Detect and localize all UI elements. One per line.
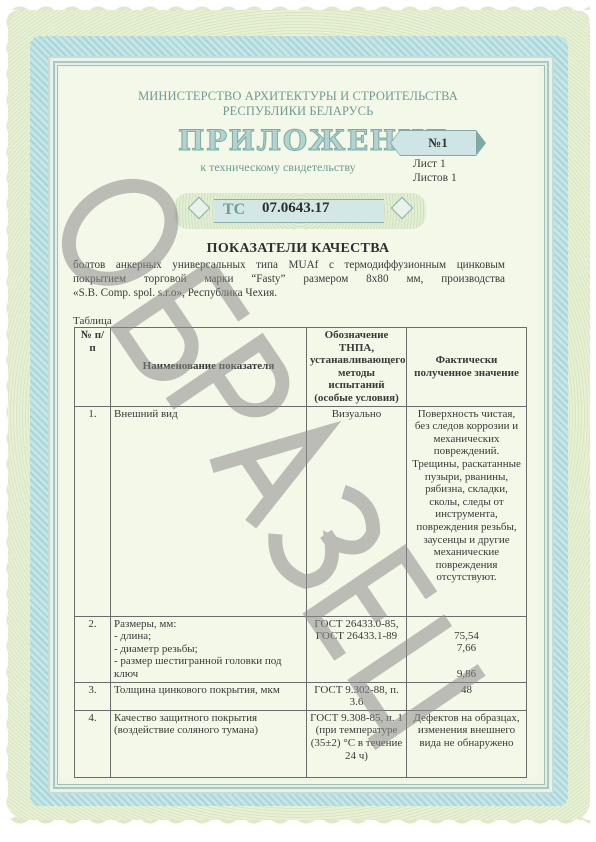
table-row: 1. Внешний вид Визуально Поверхность чис… (75, 406, 527, 616)
row-test-method: Визуально (307, 406, 407, 616)
certificate-number: 07.0643.17 (262, 200, 330, 217)
row-indicator-name: Внешний вид (111, 406, 307, 616)
table-row: 4. Качество защитного покрытия (воздейст… (75, 710, 527, 777)
indicator-line: Размеры, мм: (114, 618, 303, 631)
document-title: ПОКАЗАТЕЛИ КАЧЕСТВА (0, 241, 596, 257)
quality-indicators-table: № п/п Наименование показателя Обозначени… (74, 327, 527, 778)
ministry-name-line2: РЕСПУБЛИКИ БЕЛАРУСЬ (0, 104, 596, 119)
table-label: Таблица (73, 315, 112, 327)
certificate-type-label: ТС (223, 201, 245, 219)
row-test-method: ГОСТ 9.308-85, п. 1 (при температуре (35… (307, 710, 407, 777)
sheets-total: Листов 1 (413, 172, 457, 184)
value-hex-head-size: 9,86 (410, 668, 523, 681)
appendix-number-badge: №1 (400, 130, 476, 156)
row-indicator-name: Качество защитного покрытия (воздействие… (111, 710, 307, 777)
header-test-method: Обозначение ТНПА, устанавливающего метод… (307, 328, 407, 407)
appendix-number: №1 (428, 135, 448, 150)
indicator-line: - размер шестигранной головки под ключ (114, 655, 303, 680)
row-number: 2. (75, 616, 111, 682)
product-description: болтов анкерных универсальных типа MUAf … (73, 258, 505, 301)
indicator-line: - длина; (114, 630, 303, 643)
header-actual-value: Фактически полученное значение (407, 328, 527, 407)
sheet-number: Лист 1 (413, 158, 446, 170)
table-row: 2. Размеры, мм: - длина; - диаметр резьб… (75, 616, 527, 682)
indicator-line: - диаметр резьбы; (114, 643, 303, 656)
header-indicator-name: Наименование показателя (111, 328, 307, 407)
row-actual-value: Поверхность чистая, без следов коррозии … (407, 406, 527, 616)
row-indicator-name: Толщина цинкового покрытия, мкм (111, 682, 307, 710)
description-line: покрытием торговой марки “Fasty” размеро… (73, 272, 505, 286)
header-number: № п/п (75, 328, 111, 407)
table-header-row: № п/п Наименование показателя Обозначени… (75, 328, 527, 407)
appendix-title: ПРИЛОЖЕНИЕ (178, 124, 388, 157)
value-thread-diameter: 7,66 (410, 642, 523, 655)
row-test-method: ГОСТ 9.302-88, п. 3.6 (307, 682, 407, 710)
description-line: «S.B. Comp. spol. s.r.o», Республика Чех… (73, 286, 505, 300)
table-row: 3. Толщина цинкового покрытия, мкм ГОСТ … (75, 682, 527, 710)
row-number: 4. (75, 710, 111, 777)
row-actual-value: 48 (407, 682, 527, 710)
row-number: 1. (75, 406, 111, 616)
value-length: 75,54 (410, 630, 523, 643)
row-actual-value: Дефектов на образцах, изменения внешнего… (407, 710, 527, 777)
ministry-name-line1: МИНИСТЕРСТВО АРХИТЕКТУРЫ И СТРОИТЕЛЬСТВА (0, 89, 596, 104)
description-line: болтов анкерных универсальных типа MUAf … (73, 258, 505, 272)
row-actual-value: 75,54 7,66 9,86 (407, 616, 527, 682)
row-indicator-name: Размеры, мм: - длина; - диаметр резьбы; … (111, 616, 307, 682)
row-test-method: ГОСТ 26433.0-85, ГОСТ 26433.1-89 (307, 616, 407, 682)
row-number: 3. (75, 682, 111, 710)
appendix-subtitle: к техническому свидетельству (168, 160, 388, 175)
